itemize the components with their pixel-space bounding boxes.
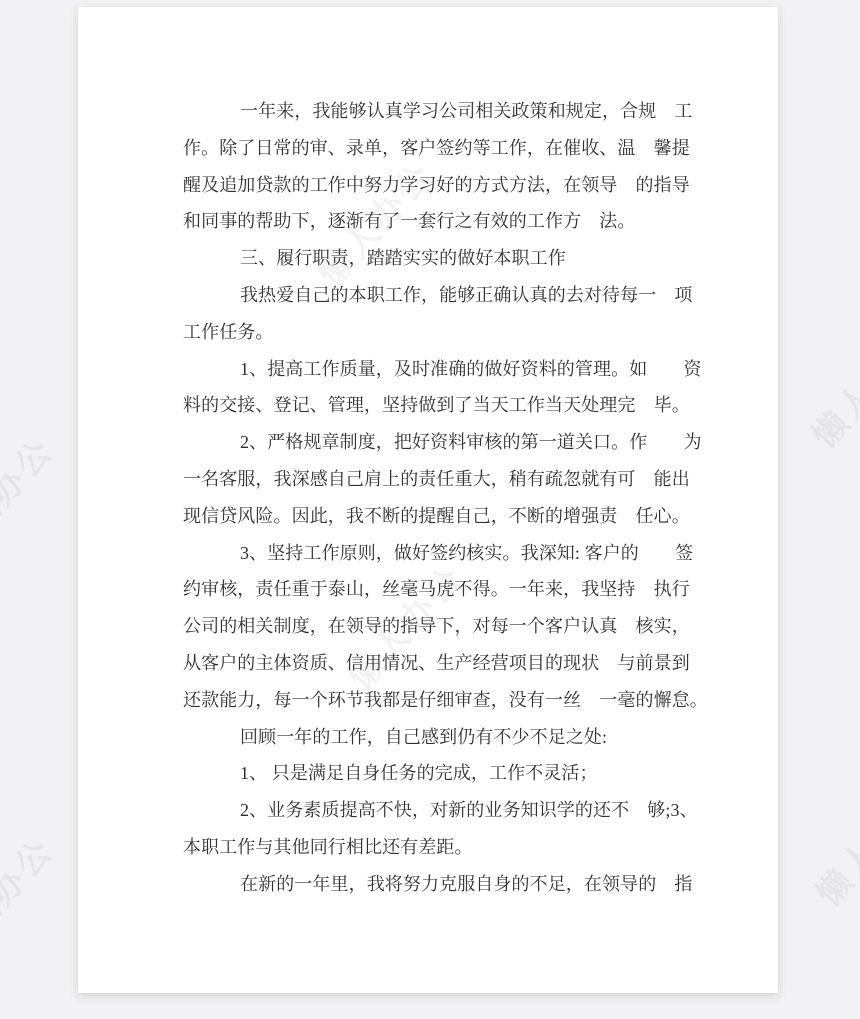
document-line: 一名客服，我深感自己肩上的责任重大，稍有疏忽就有可 能出 — [183, 461, 703, 498]
document-line: 作。除了日常的审、录单，客户签约等工作，在催收、温 馨提 — [183, 130, 703, 167]
document-line: 1、提高工作质量，及时准确的做好资料的管理。如 资 — [183, 351, 703, 388]
document-line: 一年来，我能够认真学习公司相关政策和规定，合规 工 — [183, 93, 703, 130]
watermark-text: 懒人办公 — [803, 769, 860, 915]
page-background: 懒人办公 懒人办公 懒人办公 懒人办公 懒人办公 懒人办公 一年来，我能够认真学… — [0, 0, 860, 1019]
document-line: 1、 只是满足自身任务的完成，工作不灵活； — [183, 755, 703, 792]
watermark-text: 懒人办公 — [0, 825, 63, 971]
document-line: 还款能力，每一个环节我都是仔细审查，没有一丝 一毫的懈怠。 — [183, 682, 703, 719]
document-line: 3、坚持工作原则，做好签约核实。我深知: 客户的 签 — [183, 535, 703, 572]
document-line: 2、严格规章制度，把好资料审核的第一道关口。作 为 — [183, 424, 703, 461]
document-line: 本职工作与其他同行相比还有差距。 — [183, 829, 703, 866]
document-line: 在新的一年里，我将努力克服自身的不足，在领导的 指 — [183, 866, 703, 903]
document-line: 现信贷风险。因此，我不断的提醒自己，不断的增强责 任心。 — [183, 498, 703, 535]
document-line: 工作任务。 — [183, 314, 703, 351]
document-line: 和同事的帮助下，逐渐有了一套行之有效的工作方 法。 — [183, 203, 703, 240]
document-line: 公司的相关制度，在领导的指导下，对每一个客户认真 核实， — [183, 608, 703, 645]
document-line: 料的交接、登记、管理，坚持做到了当天工作当天处理完 毕。 — [183, 387, 703, 424]
watermark-text: 懒人办公 — [0, 425, 63, 571]
document-content: 一年来，我能够认真学习公司相关政策和规定，合规 工作。除了日常的审、录单，客户签… — [183, 93, 703, 903]
document-line: 2、业务素质提高不快，对新的业务知识学的还不 够;3、 — [183, 792, 703, 829]
document-line: 约审核，责任重于泰山，丝毫马虎不得。一年来，我坚持 执行 — [183, 571, 703, 608]
document-line: 从客户的主体资质、信用情况、生产经营项目的现状 与前景到 — [183, 645, 703, 682]
document-line: 回顾一年的工作，自己感到仍有不少不足之处: — [183, 719, 703, 756]
document-page: 懒人办公 懒人办公 一年来，我能够认真学习公司相关政策和规定，合规 工作。除了日… — [78, 7, 778, 993]
watermark-text: 懒人办公 — [799, 311, 860, 457]
document-line: 我热爱自己的本职工作，能够正确认真的去对待每一 项 — [183, 277, 703, 314]
document-line: 三、履行职责，踏踏实实的做好本职工作 — [183, 240, 703, 277]
document-line: 醒及追加贷款的工作中努力学习好的方式方法，在领导 的指导 — [183, 167, 703, 204]
